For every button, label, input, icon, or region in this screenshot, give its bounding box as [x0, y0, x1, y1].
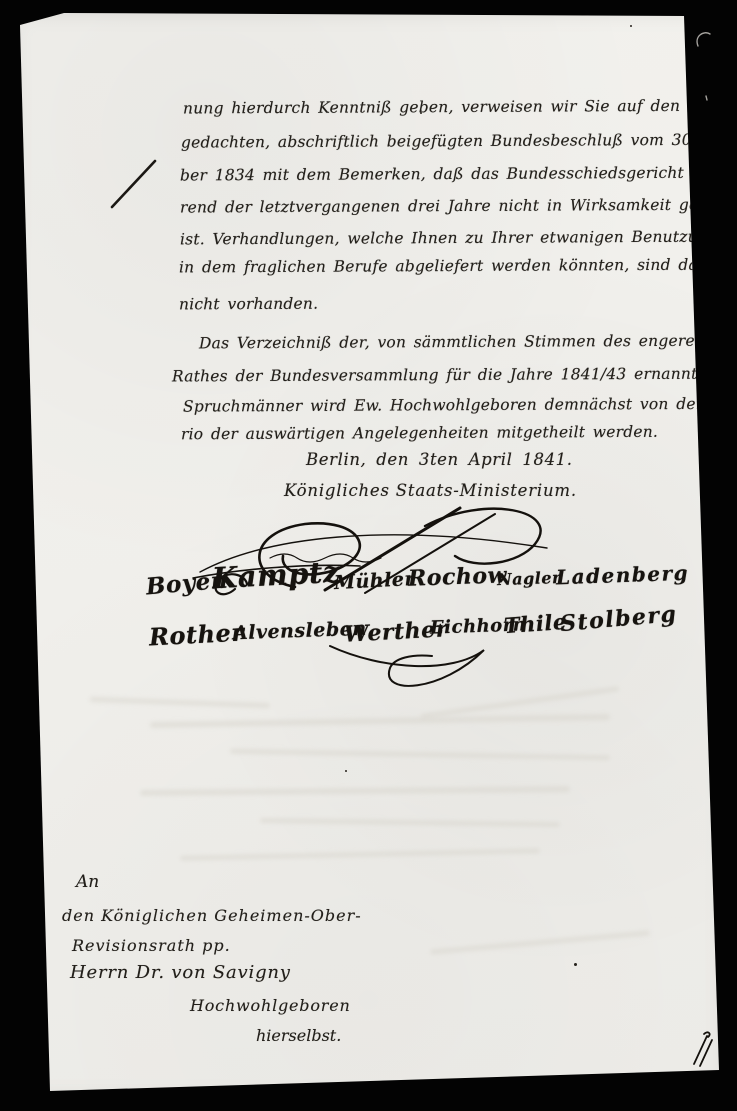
body-line: nung hierdurch Kenntniß geben, verweisen…: [183, 97, 733, 118]
bleed-through-mark: [430, 930, 650, 954]
address-line: Hochwohlgeboren: [190, 996, 351, 1015]
signature-thile: Thile: [503, 609, 567, 638]
signature-ladenberg: Ladenberg: [556, 561, 690, 590]
ink-speck: [630, 25, 632, 27]
signature-rochow: Rochow: [408, 562, 508, 591]
ink-speck: [574, 963, 577, 966]
scan-dust-marks: [692, 28, 722, 103]
folio-mark: [688, 1028, 714, 1070]
address-line: den Königlichen Geheimen-Ober-: [62, 906, 362, 925]
address-line: hierselbst.: [256, 1026, 341, 1045]
signature-rother: Rother: [148, 618, 245, 652]
ink-speck: [420, 112, 422, 114]
bleed-through-mark: [140, 786, 570, 796]
document-page: nung hierdurch Kenntniß geben, verweisen…: [0, 0, 737, 1111]
date-line: Berlin, den 3ten April 1841.: [306, 450, 573, 469]
body-line: in dem fraglichen Berufe abgeliefert wer…: [179, 256, 725, 277]
bleed-through-mark: [230, 749, 610, 761]
bleed-through-mark: [90, 697, 270, 708]
bleed-through-mark: [180, 848, 540, 861]
signature-nagler: Nagler: [497, 568, 561, 589]
signature-stolberg: Stolberg: [559, 601, 678, 637]
body-line: gedachten, abschriftlich beigefügten Bun…: [181, 130, 737, 151]
body-line: Rathes der Bundesversammlung für die Jah…: [172, 365, 717, 386]
signature-muehler: Mühler: [333, 568, 415, 594]
signature-kamptz: Kamptz: [211, 555, 340, 596]
address-line: Revisionsrath pp.: [72, 936, 231, 955]
margin-pen-stroke: [106, 155, 162, 213]
body-line: ber 1834 mit dem Bemerken, daß das Bunde…: [180, 164, 730, 185]
body-line: Das Verzeichniß der, von sämmtlichen Sti…: [199, 332, 705, 353]
address-line: An: [76, 872, 99, 892]
signature-underline-swash: [322, 640, 492, 698]
body-line: rio der auswärtigen Angelegenheiten mitg…: [181, 423, 658, 443]
address-line: Herrn Dr. von Savigny: [70, 962, 291, 983]
body-line: rend der letztvergangenen drei Jahre nic…: [180, 196, 737, 217]
body-line: ist. Verhandlungen, welche Ihnen zu Ihre…: [180, 228, 718, 249]
bleed-through-mark: [260, 818, 560, 827]
bleed-through-mark: [150, 714, 610, 728]
scanned-document: nung hierdurch Kenntniß geben, verweisen…: [0, 0, 737, 1111]
body-line: Spruchmänner wird Ew. Hochwohlgeboren de…: [183, 394, 737, 415]
body-line: nicht vorhanden.: [179, 295, 318, 314]
ink-speck: [345, 770, 347, 772]
